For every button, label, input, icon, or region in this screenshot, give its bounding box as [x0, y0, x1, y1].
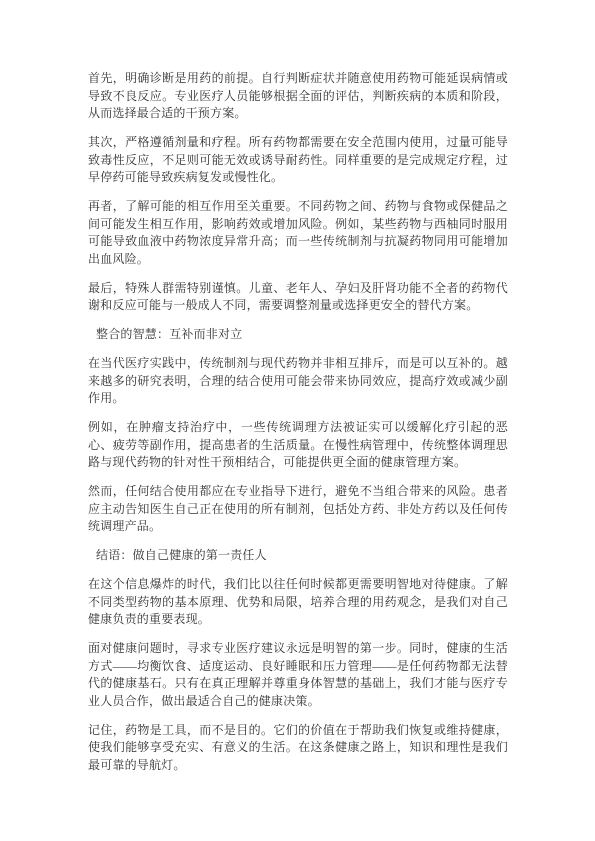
document-page: 首先，明确诊断是用药的前提。自行判断症状并随意使用药物可能延误病情或导致不良反应…	[0, 0, 595, 841]
body-paragraph: 最后，特殊人群需特别谨慎。儿童、老年人、孕妇及肝肾功能不全者的药物代谢和反应可能…	[88, 280, 508, 315]
body-paragraph: 再者，了解可能的相互作用至关重要。不同药物之间、药物与食物或保健品之间可能发生相…	[88, 198, 508, 268]
body-paragraph: 例如，在肿瘤支持治疗中，一些传统调理方法被证实可以缓解化疗引起的恶心、疲劳等副作…	[88, 419, 508, 472]
body-paragraph: 其次，严格遵循剂量和疗程。所有药物都需要在安全范围内使用，过量可能导致毒性反应，…	[88, 134, 508, 187]
body-paragraph: 面对健康问题时，寻求专业医疗建议永远是明智的第一步。同时，健康的生活方式——均衡…	[88, 640, 508, 710]
document-body: 首先，明确诊断是用药的前提。自行判断症状并随意使用药物可能延误病情或导致不良反应…	[88, 70, 508, 774]
section-heading-conclusion: 结语：做自己健康的第一责任人	[88, 547, 508, 565]
body-paragraph: 在这个信息爆炸的时代，我们比以往任何时候都更需要明智地对待健康。了解不同类型药物…	[88, 576, 508, 629]
body-paragraph: 在当代医疗实践中，传统制剂与现代药物并非相互排斥，而是可以互补的。越来越多的研究…	[88, 355, 508, 408]
section-heading-integration: 整合的智慧：互补而非对立	[88, 326, 508, 344]
body-paragraph: 然而，任何结合使用都应在专业指导下进行，避免不当组合带来的风险。患者应主动告知医…	[88, 483, 508, 536]
body-paragraph: 首先，明确诊断是用药的前提。自行判断症状并随意使用药物可能延误病情或导致不良反应…	[88, 70, 508, 123]
body-paragraph: 记住，药物是工具，而不是目的。它们的价值在于帮助我们恢复或维持健康，使我们能够享…	[88, 722, 508, 775]
